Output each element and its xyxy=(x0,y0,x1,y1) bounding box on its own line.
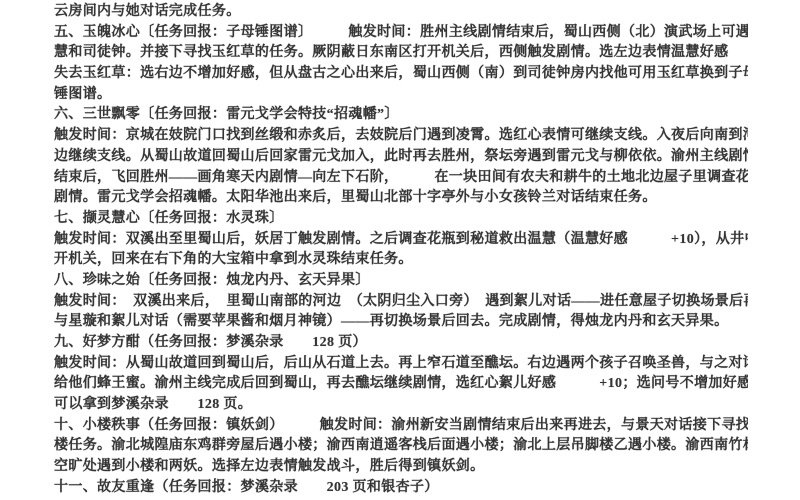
text-line: 边继续支线。从蜀山故道回蜀山后回家雷元戈加入，此时再去胜州，祭坛旁遇到雷元戈与柳… xyxy=(54,147,748,168)
text-line: 触发时间：从蜀山故道回到蜀山后，后山从石道上去。再上窄石道至醮坛。右边遇两个孩子… xyxy=(54,354,748,375)
section-heading-11: 十一、故友重逢（任务回报：梦溪杂录 203 页和银杏子） xyxy=(54,478,748,499)
section-heading-7: 七、撷灵慧心〔任务回报：水灵珠〕 xyxy=(54,209,748,230)
section-heading-10: 十、小楼秩事（任务回报：镇妖剑） 触发时间：渝州新安当剧情结束后出来再进去，与景… xyxy=(54,416,748,437)
section-heading-8: 八、珍味之始〔任务回报：烛龙内丹、玄天异果〕 xyxy=(54,271,748,292)
text-line: 触发时间：双溪出至里蜀山后，妖居丁触发剧情。之后调查花瓶到秘道救出温慧（温慧好感… xyxy=(54,230,748,251)
text-line: 结束后，飞回胜州——画角寒天内剧情—向左下石阶， 在一块田间有农夫和耕牛的土地北… xyxy=(54,168,748,189)
text-line: 触发时间：京城在妓院门口找到丝缎和赤炙后，去妓院后门遇到凌霄。选红心表情可继续支… xyxy=(54,126,748,147)
text-line: 触发时间： 双溪出来后， 里蜀山南部的河边 （太阴归尘入口旁） 遇到絮儿对话——… xyxy=(54,292,748,313)
section-heading-6: 六、三世飘零〔任务回报：雷元戈学会特技“招魂幡”〕 xyxy=(54,105,748,126)
text-line: 剧情。雷元戈学会招魂幡。太阳华池出来后，里蜀山北部十字亭外与小女孩铃兰对话结束任… xyxy=(54,188,748,209)
text-line: 云房间内与她对话完成任务。 xyxy=(54,2,748,23)
section-heading-5: 五、玉魄冰心〔任务回报：子母锤图谱〕 触发时间：胜州主线剧情结束后，蜀山西侧（北… xyxy=(54,23,748,44)
text-line: 给他们蜂王蜜。渝州主线完成后回到蜀山，再去醮坛继续剧情，选红心絮儿好感 +10；… xyxy=(54,374,748,395)
section-heading-9: 九、好梦方酣（任务回报：梦溪杂录 128 页） xyxy=(54,333,748,354)
text-line: 慧和司徒钟。并接下寻找玉红草的任务。厥阴蔽日东南区打开机关后，西侧触发剧情。选左… xyxy=(54,43,748,64)
text-line: 失去玉红草：选右边不增加好感，但从盘古之心出来后，蜀山西侧（南）到司徒钟房内找他… xyxy=(54,64,748,85)
text-line: 锤图谱。 xyxy=(54,85,748,106)
text-line: 空旷处遇到小楼和两妖。选择左边表情触发战斗，胜后得到镇妖剑。 xyxy=(54,457,748,478)
text-line: 与星璇和絮儿对话（需要苹果酱和烟月神镜）——再切换场景后回去。完成剧情，得烛龙内… xyxy=(54,312,748,333)
text-line: 楼任务。渝北城隍庙东鸡群旁屋后遇小楼；渝西南逍遥客栈后面遇小楼；渝北上层吊脚楼乙… xyxy=(54,436,748,457)
document-page: 云房间内与她对话完成任务。 五、玉魄冰心〔任务回报：子母锤图谱〕 触发时间：胜州… xyxy=(0,0,800,500)
text-line: 可以拿到梦溪杂录 128 页。 xyxy=(54,395,748,416)
text-line: 开机关，回来在右下角的大宝箱中拿到水灵珠结束任务。 xyxy=(54,250,748,271)
